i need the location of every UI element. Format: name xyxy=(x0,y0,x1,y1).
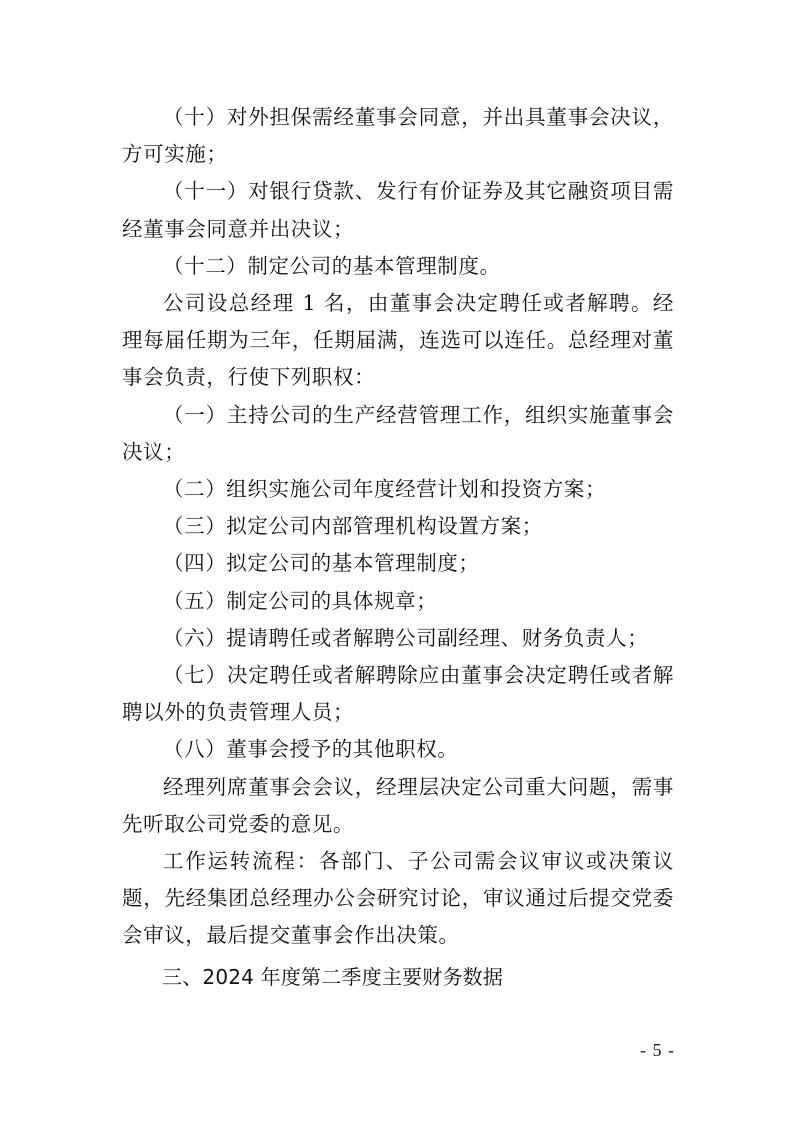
gm-duty-3: （三）拟定公司内部管理机构设置方案； xyxy=(122,508,674,545)
gm-duty-4: （四）拟定公司的基本管理制度； xyxy=(122,545,674,582)
gm-duty-5: （五）制定公司的具体规章； xyxy=(122,583,674,620)
list-item-11: （十一）对银行贷款、发行有价证券及其它融资项目需经董事会同意并出决议； xyxy=(122,173,674,247)
general-manager-paragraph: 公司设总经理 1 名，由董事会决定聘任或者解聘。经理每届任期为三年，任期届满，连… xyxy=(122,285,674,397)
manager-attendance-paragraph: 经理列席董事会会议，经理层决定公司重大问题，需事先听取公司党委的意见。 xyxy=(122,769,674,843)
gm-duty-7: （七）决定聘任或者解聘除应由董事会决定聘任或者解聘以外的负责管理人员； xyxy=(122,657,674,731)
workflow-paragraph: 工作运转流程：各部门、子公司需会议审议或决策议题，先经集团总经理办公会研究讨论，… xyxy=(122,843,674,955)
list-item-10: （十）对外担保需经董事会同意，并出具董事会决议，方可实施； xyxy=(122,99,674,173)
document-page: （十）对外担保需经董事会同意，并出具董事会决议，方可实施； （十一）对银行贷款、… xyxy=(0,0,793,1122)
gm-duty-8: （八）董事会授予的其他职权。 xyxy=(122,731,674,768)
document-body: （十）对外担保需经董事会同意，并出具董事会决议，方可实施； （十一）对银行贷款、… xyxy=(122,99,674,999)
gm-duty-2: （二）组织实施公司年度经营计划和投资方案； xyxy=(122,471,674,508)
page-number: - 5 - xyxy=(640,1040,675,1061)
list-item-12: （十二）制定公司的基本管理制度。 xyxy=(122,248,674,285)
gm-duty-1: （一）主持公司的生产经营管理工作，组织实施董事会决议； xyxy=(122,397,674,471)
section-heading: 三、2024 年度第二季度主要财务数据 xyxy=(122,955,674,999)
gm-duty-6: （六）提请聘任或者解聘公司副经理、财务负责人； xyxy=(122,620,674,657)
